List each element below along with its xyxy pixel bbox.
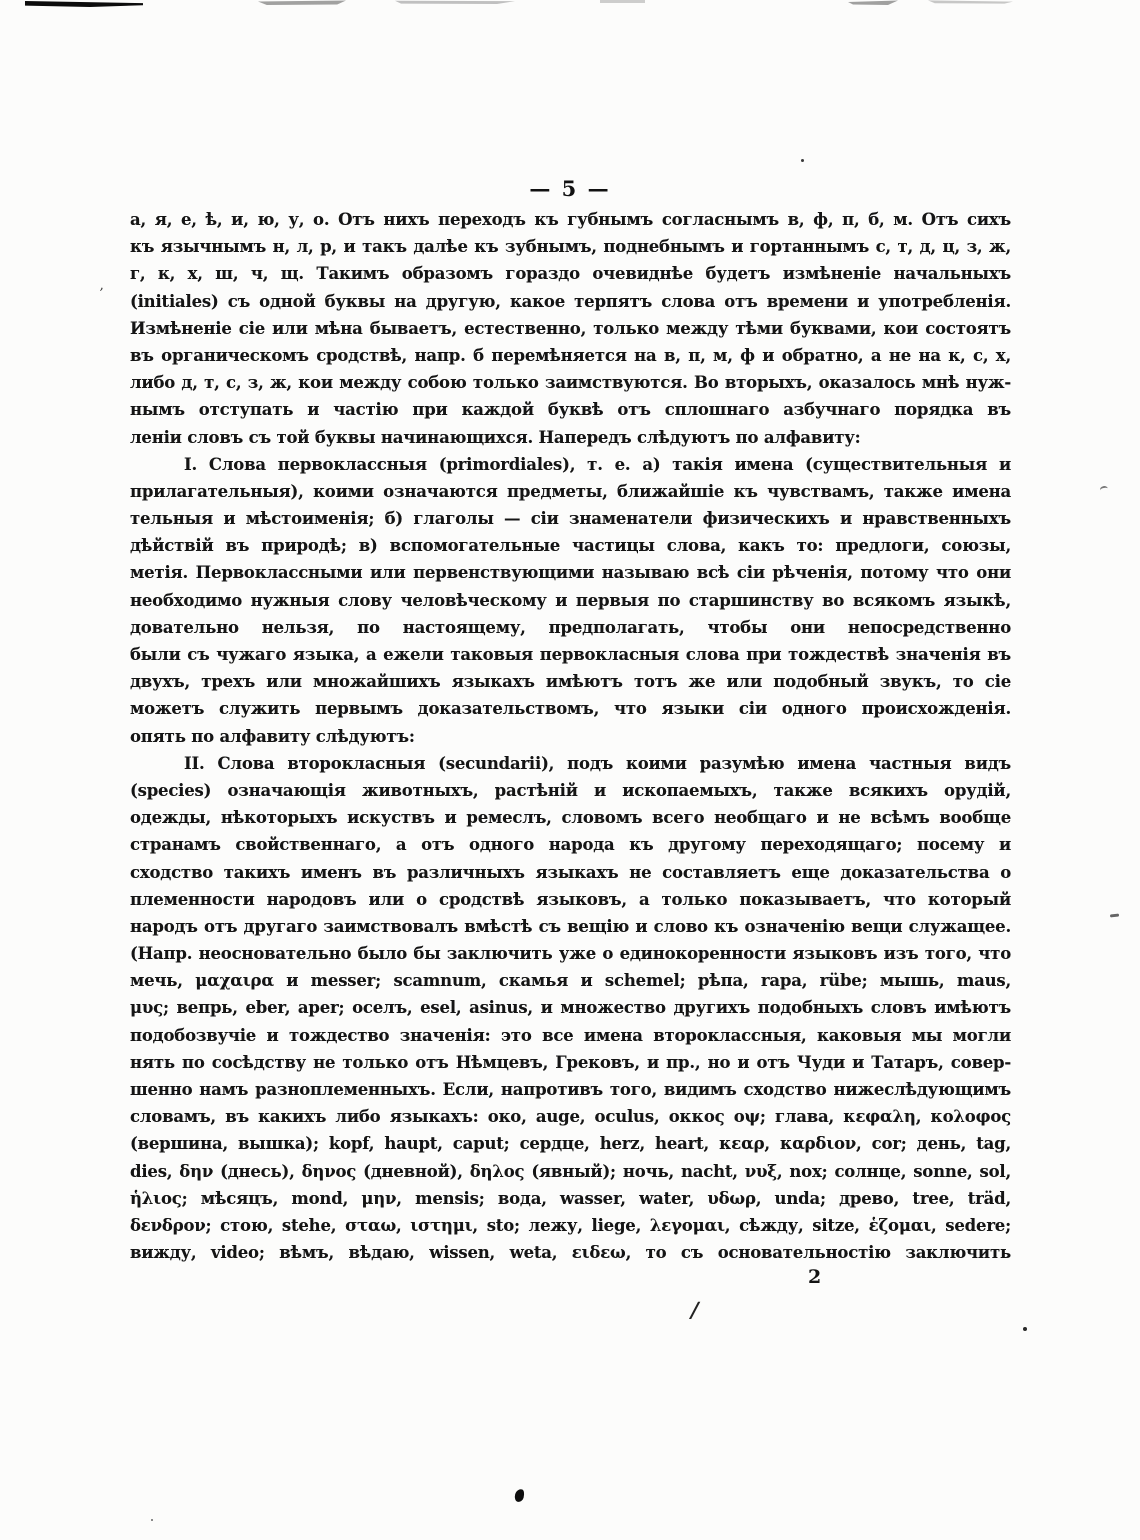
text-line: необходимо нужныя слову человѣческому и … <box>130 587 1011 614</box>
text-line: шенно намъ разноплеменныхъ. Если, напрот… <box>130 1076 1011 1103</box>
text-line: довательно нельзя, по настоящему, предпо… <box>130 614 1011 641</box>
text-line: были съ чужаго языка, а ежели таковыя пе… <box>130 641 1011 668</box>
text-line: одежды, нѣкоторыхъ искуствъ и ремеслъ, с… <box>130 804 1011 831</box>
scan-ink-artifact <box>928 0 1013 4</box>
text-line: сходство такихъ именъ въ различныхъ язык… <box>130 859 1011 886</box>
scan-ink-artifact <box>600 0 645 3</box>
text-line: подобозвучіе и тождество значенія: это в… <box>130 1022 1011 1049</box>
text-line: леніи словъ съ той буквы начинающихся. Н… <box>130 424 1011 451</box>
text-line: dies, δην (днесь), δηνος (дневной), δηλο… <box>130 1158 1011 1185</box>
scan-speck <box>801 159 804 162</box>
text-line: а, я, е, ѣ, и, ю, у, о. Отъ нихъ переход… <box>130 206 1011 233</box>
scan-ink-artifact <box>395 0 515 4</box>
text-line: (species) означающія животныхъ, растѣній… <box>130 777 1011 804</box>
signature-mark: 2 <box>808 1266 821 1288</box>
scan-speck <box>151 1519 153 1521</box>
text-line: опять по алфавиту слѣдуютъ: <box>130 723 1011 750</box>
scan-ink-artifact <box>258 0 346 5</box>
text-line: δενδρον; стою, stehe, σταω, ιστημι, sto;… <box>130 1212 1011 1239</box>
text-line: тельныя и мѣстоименія; б) глаголы — сіи … <box>130 505 1011 532</box>
text-line: къ язычнымъ н, л, р, и такъ далѣе къ зуб… <box>130 233 1011 260</box>
text-line: г, к, х, ш, ч, щ. Такимъ образомъ горазд… <box>130 260 1011 287</box>
text-line: (Напр. неосновательно было бы заключить … <box>130 940 1011 967</box>
text-line: либо д, т, с, з, ж, кои между собою толь… <box>130 369 1011 396</box>
text-line: въ органическомъ сродствѣ, напр. б перем… <box>130 342 1011 369</box>
text-line: племенности народовъ или о сродствѣ язык… <box>130 886 1011 913</box>
text-line: (initiales) съ одной буквы на другую, ка… <box>130 288 1011 315</box>
text-line: словамъ, въ какихъ либо языкахъ: око, au… <box>130 1103 1011 1130</box>
text-line: прилагательныя), коими означаются предме… <box>130 478 1011 505</box>
scan-speck <box>1110 914 1119 917</box>
text-line: Измѣненіе сіе или мѣна бываетъ, естестве… <box>130 315 1011 342</box>
text-line: II. Слова второкласныя (secundarii), под… <box>130 750 1011 777</box>
text-line: ἡλιος; мѣсяцъ, mond, μην, mensis; вода, … <box>130 1185 1011 1212</box>
text-line: можетъ служить первымъ доказательствомъ,… <box>130 695 1011 722</box>
text-block: а, я, е, ѣ, и, ю, у, о. Отъ нихъ переход… <box>130 206 1011 1266</box>
page-number: — 5 — <box>47 176 1093 201</box>
scan-ink-artifact <box>25 0 143 7</box>
text-line: двухъ, трехъ или множайшихъ языкахъ имѣю… <box>130 668 1011 695</box>
margin-tick-mark: ʼ <box>97 286 104 302</box>
text-line: I. Слова первоклассныя (primordiales), т… <box>130 451 1011 478</box>
ink-blot <box>514 1488 526 1503</box>
book-page-scan: — 5 — ʼ а, я, е, ѣ, и, ю, у, о. Отъ нихъ… <box>0 0 1140 1540</box>
text-line: дѣйствій въ природѣ; в) вспомогательные … <box>130 532 1011 559</box>
text-line: мечь, μαχαιρα и messer; scamnum, скамья … <box>130 967 1011 994</box>
stray-slash-mark: / <box>688 1297 701 1322</box>
text-line: вижду, video; вѣмъ, вѣдаю, wissen, weta,… <box>130 1239 1011 1266</box>
scan-speck <box>1023 1327 1027 1331</box>
scan-ink-artifact <box>848 0 898 5</box>
text-line: нять по сосѣдству не только отъ Нѣмцевъ,… <box>130 1049 1011 1076</box>
text-line: (вершина, вышка); kopf, haupt, caput; се… <box>130 1130 1011 1157</box>
text-line: метія. Первоклассными или первенствующим… <box>130 559 1011 586</box>
text-line: странамъ свойственнаго, а отъ одного нар… <box>130 831 1011 858</box>
text-line: нымъ отступать и частію при каждой буквѣ… <box>130 396 1011 423</box>
text-line: народъ отъ другаго заимствовалъ вмѣстѣ с… <box>130 913 1011 940</box>
scan-speck <box>1099 485 1108 494</box>
text-line: μυς; вепрь, eber, aper; оселъ, esel, asi… <box>130 994 1011 1021</box>
